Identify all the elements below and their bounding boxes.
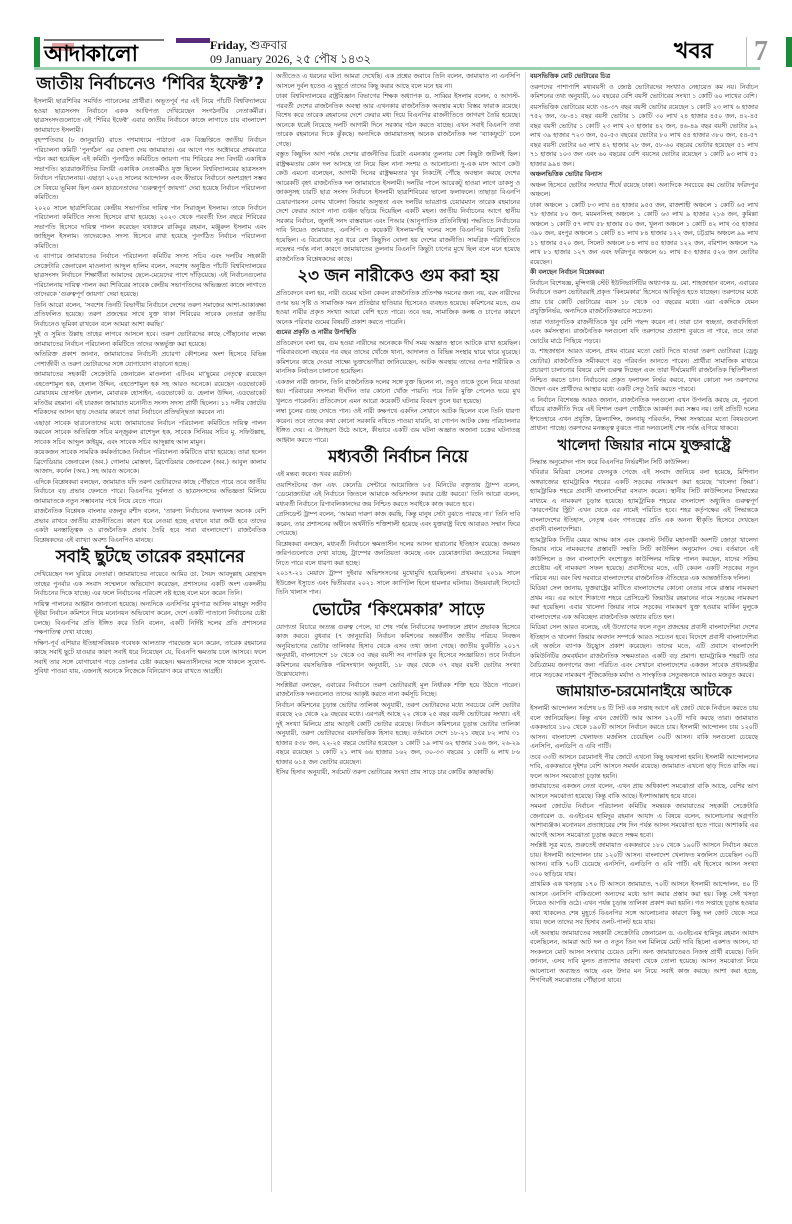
paragraph: তরুণদের পাশাপাশি মধ্যবয়সী ও জ্যেষ্ঠ ভোট… xyxy=(530,83,758,102)
paragraph: ইসলামী আন্দোলন সর্বশেষ ৮৪ টি সিট এক সপ্ত… xyxy=(530,704,758,752)
paragraph: সিদ্ধান্ত অনুমোদন পাস করে বিএনপির নির্ভর… xyxy=(530,458,758,468)
paragraph: এছাড়া সাবেক ছাত্রনেতাদের মধ্যে জামায়াত… xyxy=(34,419,266,448)
day-bn: শুক্রবার xyxy=(250,38,287,52)
paragraph: দুই ও সুমিত উল্লাহ তাহের লাগবে আসলে হবে।… xyxy=(34,330,266,349)
paragraph: ২০২০ সালে ছাত্রশিবিরের কেন্দ্রীয় সভাপতি… xyxy=(34,204,266,252)
column-divider xyxy=(271,72,272,1192)
masthead-tag xyxy=(176,38,210,43)
paragraph: বয়সভিত্তিক ভোটারের মধ্যে ৩৪-৩৭ বছর বয়স… xyxy=(530,103,758,170)
brand-bar xyxy=(786,37,792,67)
paragraph: তবে ৩৩টি আসনে চরমোনাই পীর জোটে এখনো কিছু… xyxy=(530,753,758,782)
paragraph: কয়েকজন সাবেক সামরিক কর্মকর্তাকেও নির্বা… xyxy=(34,448,266,477)
date-line: 09 January 2026, ২৫ পৌষ ১৪৩২ xyxy=(210,52,371,66)
paragraph: নির্বাচন কমিশনের চূড়ান্ত ভোটার তালিকা অ… xyxy=(276,701,520,768)
paragraph: যোগ্যতা বিচারে অত্যন্ত গুরুত্ব পেলে, যা … xyxy=(276,623,520,680)
paragraph: অঞ্চল হিসেবে ভোটার সংখ্যার শীর্ষে রয়েছে… xyxy=(530,181,758,200)
paragraph: হ্যামট্রামিক সিটির মেয়র আদম কাস এবং কেন… xyxy=(530,536,758,584)
paragraph: প্রাথমিক এক খসড়ায় ১৭০ টি আসনে জামায়াত… xyxy=(530,880,758,928)
paragraph: নির্বাচন বিশেষজ্ঞ, মুন্সিগঞ্জ স্টেট ইউনি… xyxy=(530,279,758,317)
paragraph: দায়িত্ব পালনের আহ্বান জানানো হয়েছে। অন… xyxy=(34,600,266,638)
column-2: অতীতেও এ ধরনের ঘটনা আমরা দেখেছি। এক প্রশ… xyxy=(276,72,520,779)
day-en: Friday, xyxy=(210,38,247,52)
headline-tarique-rahman: সবাই ছুটছে তারেক রহমানের xyxy=(34,547,266,567)
paragraph: সমমনা জোটের নির্বাচন পরিচালনা কমিটির সমন… xyxy=(530,802,758,840)
column-divider xyxy=(525,72,526,1192)
paragraph: ইসির হিসাব অনুযায়ী, সর্বমোট তরুণ ভোটারে… xyxy=(276,768,520,778)
headline-women-disappeared: ২৩ জন নারীকেও গুম করা হয় xyxy=(276,266,520,286)
paragraph: প্রেসিডেন্ট ট্রাম্প বলেন, ‘আমরা দারুণ কা… xyxy=(276,510,520,539)
paragraph: এ ব্যাপারে জামায়াতের নির্বাচন পরিচালনা … xyxy=(34,252,266,300)
header-rule xyxy=(34,67,760,70)
paragraph: ওয়াশিংটনের জন এফ. কেনেডি সেন্টারে আয়োজ… xyxy=(276,481,520,510)
paragraph: প্রতিবেদনে বলা হয়, নারী গুমের ঘটনা কেবল… xyxy=(276,289,520,327)
headline-kingmaker-voters: ভোটের ‘কিংমেকার’ সাড়ে xyxy=(276,600,520,620)
headline-shibir-effect: জাতীয় নির্বাচনেও ‘শিবির ইফেক্ট’? xyxy=(34,74,266,94)
paragraph: ড. শাহজাহান আরও বলেন, প্রথম বারের মতো ভো… xyxy=(530,347,758,395)
subheading: অঞ্চলভিত্তিক ভোটার বিন্যাস xyxy=(530,170,758,180)
section-title: খবর xyxy=(674,37,713,65)
paragraph: অতিরিক্ত প্রকাশ জানান, জামায়াতের নির্বা… xyxy=(34,350,266,369)
paragraph: জামায়াতের একজন নেতা বলেন, এখন প্রায় অধ… xyxy=(530,782,758,801)
paragraph: ইসলামী ছাত্রশিবির সমর্থিত প্যানেলের প্রা… xyxy=(34,97,266,135)
headline-jamaat-charmonai: জামায়াত-চরমোনাইয়ে আটকে xyxy=(530,682,758,701)
headline-midterm-election: মধ্যবর্তী নির্বাচন নিয়ে xyxy=(276,447,520,467)
paragraph: এ নির্বাচন বিশেষজ্ঞ আরও জানান, রাজনৈতিক … xyxy=(530,396,758,434)
paragraph: দেখিয়েছেন দল ঘুরিয়ে নেতারা। জামায়াতের… xyxy=(34,570,266,599)
paragraph: লম্বা চুলের গুচ্ছ দেখতে পান। ওই নারী কক্… xyxy=(276,407,520,445)
paragraph: এদিকে বিশ্লেষকরা বলছেন, জামায়াত যদি তরু… xyxy=(34,478,266,507)
subheading: বয়সভিত্তিক মোট ভোটারের চিত্র xyxy=(530,72,758,82)
paragraph: মিডিয়া সেল জানায়, যুক্তরাষ্ট্রের মাটিত… xyxy=(530,584,758,622)
paragraph: সংশ্লিষ্টরা বলছেন, এবারের নির্বাচনে তরুণ… xyxy=(276,681,520,700)
paragraph: খবিরার মিডিয়া সেলের ফেসবুক পেজে এই সংবা… xyxy=(530,468,758,535)
page-header: আদাকালো Friday, শুক্রবার 09 January 2026… xyxy=(34,37,760,67)
paragraph: ঢাকা বিশ্ববিদ্যালয়ের রাষ্ট্রবিজ্ঞান বিভ… xyxy=(276,92,520,149)
paragraph: তিনি আরো বলেন, ‘সবশেষ তিনটি বিভাগীয় নির… xyxy=(34,301,266,330)
masthead-logo: আদাকালো xyxy=(34,37,210,67)
paragraph: তারা গতানুগতিক রাজনীতিকে খুব বেশি পছন্দ … xyxy=(530,318,758,347)
paragraph: এই অবস্থায় জামায়াতের সহকারী সেক্রেটারি… xyxy=(530,929,758,986)
headline-khaleda-zia-street: খালেদা জিয়ার নামে যুক্তরাষ্ট্রে xyxy=(530,436,758,455)
paragraph: বস্তুত কিছুদিন আগ পর্যন্ত দেশের রাজনীতির… xyxy=(276,150,520,264)
paragraph: একজন নারী জানান, তিনি রাজনৈতিক দলের সঙ্গ… xyxy=(276,378,520,407)
column-3: বয়সভিত্তিক মোট ভোটারের চিত্র তরুণদের পা… xyxy=(530,72,758,987)
paragraph: মিডিয়া সেল আরও বলেছে, এই উদ্যোগের ফলে ন… xyxy=(530,623,758,680)
subheading: গুমের প্রকৃতি ও নারীর উপস্থিতি xyxy=(276,328,520,338)
paragraph: দক্ষিণ-পূর্ব এশিয়ার ইতিহাসবিষয়ক গবেষক … xyxy=(34,639,266,677)
date-block: Friday, শুক্রবার 09 January 2026, ২৫ পৌষ… xyxy=(210,38,371,66)
subheading: কী বলছেন নির্বাচন বিশ্লেষকরা xyxy=(530,268,758,278)
header-divider xyxy=(746,37,747,67)
paragraph: প্রতিবেদনে বলা হয়, গুম হওয়া নারীদের অন… xyxy=(276,339,520,377)
paragraph: জামায়াতের সহকারী সেক্রেটারি জেনারেল মাও… xyxy=(34,370,266,418)
paragraph: অতীতেও এ ধরনের ঘটনা আমরা দেখেছি। এক প্রশ… xyxy=(276,72,520,91)
paragraph: বৃহস্পতিবার (৮ জানুয়ারি) রাতে গণমাধ্যমে… xyxy=(34,136,266,203)
column-1: জাতীয় নির্বাচনেও ‘শিবির ইফেক্ট’? ইসলামী… xyxy=(34,72,266,678)
paragraph: সংশ্লিষ্ট সূত্র মতে, শুরুতেই জামায়াত এক… xyxy=(530,841,758,879)
page-number: 7 xyxy=(754,37,768,67)
paragraph: ঢাকা অঞ্চলে ১ কোটি ৮৩ লাখ ৪৪ হাজার ৯৫৫ জ… xyxy=(530,201,758,268)
paragraph: বিশ্লেষকরা বলছেন, মধ্যবর্তী নির্বাচনে ক্… xyxy=(276,540,520,569)
paragraph: এই মন্তব্য করেন। খবর রয়টার্স। xyxy=(276,470,520,480)
paragraph: ২০১৭-২১ মেয়াদে ট্রাম্প দুইবার অভিশংসনের… xyxy=(276,569,520,598)
paragraph: রাজনৈতিক বিশ্লেষক বাংলার বজলুর রশীদ বলেন… xyxy=(34,507,266,545)
masthead-title: আদাকালো xyxy=(44,42,137,66)
